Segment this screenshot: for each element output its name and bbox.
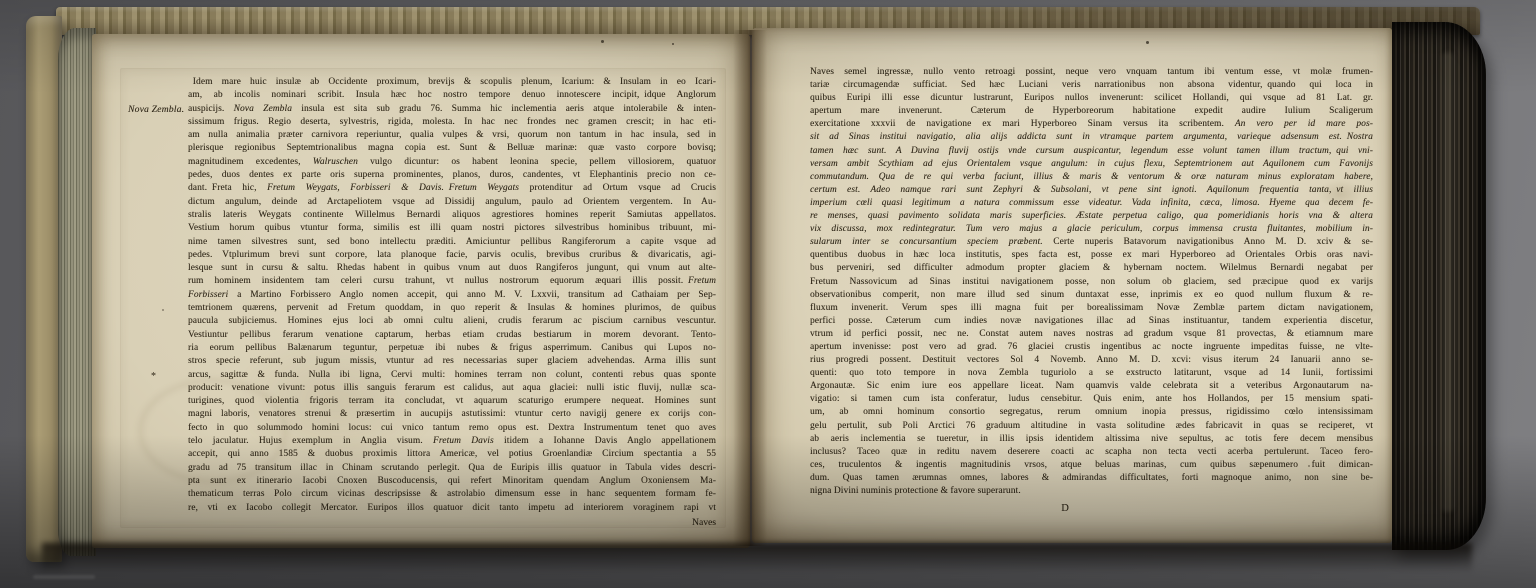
text-line: vix discussa, mox redintegratur. Tum ver… [810,223,1373,236]
text-line: lesque sunt in cursu & saltu. Rhedas hab… [188,262,716,275]
text-line: gelu pertulit, sub Poli Arctici 76 gradu… [810,420,1373,433]
margin-asterisk-mark: * [151,371,156,382]
text-line: telo jaculatur. Hujus exemplum in Anglia… [188,435,716,448]
text-line: am, ab incolis nominari scribit. Insula … [188,89,716,102]
text-line: pedes, duos dentes ex parte oris superna… [188,169,716,182]
book-bottom-shadow [42,543,1472,573]
text-line: accepit, qui anno 1585 & duobus proximis… [188,448,716,461]
text-line: quibus Euripi illi esse dicuntur lustrar… [810,92,1373,105]
text-line: tariæ circumagendæ sufficiat. Sed hæc Lu… [810,79,1373,92]
text-line: dum. Quas tamen ærumnas omnes, labores &… [810,472,1373,485]
catchword: Naves [188,517,716,528]
text-line: paucula subjiciemus. Homines ejus loci a… [188,315,716,328]
text-line: re menses, quasi pavimento solidata mari… [810,210,1373,223]
text-line: inclusus? Taceo quæ in reditu navem dese… [810,446,1373,459]
gutter-shadow [733,30,767,546]
text-line: ces, truculentos & ingentis magnitudinis… [810,459,1373,472]
text-line: um, ab omni hominum consortio segregatus… [810,406,1373,419]
text-line: am nulla animalia præter carnivora reper… [188,129,716,142]
text-line: imperium cœli quasi legitimum a natura c… [810,197,1373,210]
text-line: fecto in quo solummodo homini locus: cui… [188,422,716,435]
text-line: plerisque regionibus Septemtrionalibus m… [188,142,716,155]
text-line: gradu ad 75 transitum illac in Chinam sc… [188,462,716,475]
text-line: ab aeris inclementia se tueretur, in ill… [810,433,1373,446]
ink-speck [162,309,164,311]
text-line: re, vti ex Iacobo collegit Mercator. Eur… [188,502,716,515]
text-line: versam ambit Scythiam ad ejus Orientalem… [810,158,1373,171]
margin-note-nova-zembla: Nova Zembla. [128,104,184,115]
text-line: rius progredi possent. Destituit vectore… [810,354,1373,367]
text-line: certum est. Adeo namque rari sunt Zephyr… [810,184,1373,197]
text-line: tamen hæc sunt. A Duvina fluvij ostijs v… [810,145,1373,158]
text-line: pedes. Vtplurimum brevi sunt corpore, la… [188,249,716,262]
book-scan-photo: { "colors": { "background": "#6a6a6d", "… [0,0,1536,588]
left-page-lines: Idem mare huic insulæ ab Occidente proxi… [188,76,716,515]
text-line: sissimum frigus. Regio deserta, sylvestr… [188,116,716,129]
text-line: dant. Freta hic, Fretum Weygats, Forbiss… [188,182,716,195]
right-page-lines: Naves semel ingressæ, nullo vento retroa… [810,66,1373,498]
text-line: fluxum invenerit. Verum spes illi magna … [810,302,1373,315]
signature-mark: D [784,503,1347,514]
text-line: turigines, quod violentia frigoris terra… [188,395,716,408]
text-line: apertum invenisse: post vero ad grad. 76… [810,341,1373,354]
text-line: thematicum terras Polo circum vicinas de… [188,488,716,501]
text-line: arcus, sagittæ & funda. Nulla ibi ligna,… [188,369,716,382]
text-line: sit ad Sinas institui navigatio, alia al… [810,131,1373,144]
book-left-cover-edge [26,16,62,562]
text-line: stros specie referunt, sub jugum missis,… [188,355,716,368]
text-line: pta sunt ex itinerario Iacobi Cnoxen Bus… [188,475,716,488]
text-line: rum hominem insidentem tam celeri cursu … [188,275,716,288]
text-line: Naves semel ingressæ, nullo vento retroa… [810,66,1373,79]
text-line: magni laboris, venatores strenui & præse… [188,408,716,421]
text-line: quentibus duobus in hæc loca institutis,… [810,249,1373,262]
left-page-text-block: Idem mare huic insulæ ab Occidente proxi… [188,76,716,528]
ink-speck [672,43,674,45]
text-line: perfici posse. Cæterum cum indies novæ n… [810,315,1373,328]
text-line: Forbisseri a Martino Forbissero Anglo no… [188,289,716,302]
text-line: observationibus comperit, non mare illud… [810,289,1373,302]
text-line: stralis lateris Weygats continente Wille… [188,209,716,222]
text-line: auspicijs. Nova Zembla insula est sita s… [188,103,716,116]
text-line: sularum inter se concursantium speciem p… [810,236,1373,249]
text-line: Fretum Nassovicum ad Sinas institui navi… [810,276,1373,289]
text-line: Idem mare huic insulæ ab Occidente proxi… [188,76,716,89]
text-line: nigna Divini numinis protectione & favor… [810,485,1373,498]
right-page-text-block: Naves semel ingressæ, nullo vento retroa… [810,66,1373,514]
right-page-block-fore-edge [1392,22,1486,550]
text-line: exercitatione xxxvii de navigatione ex m… [810,118,1373,131]
text-line: quenti: quo toto tempore in nova Zembla … [810,367,1373,380]
text-line: commutandum. Qua de re qui verba faciunt… [810,171,1373,184]
photo-credit-smudge [33,575,95,579]
text-line: magnitudinem excedentes, Walruschen vulg… [188,156,716,169]
text-line: Vestium horum quibus vtuntur forma, simi… [188,222,716,235]
text-line: apertum mare invenerunt. Cæterum de Hype… [810,105,1373,118]
ink-speck [1146,41,1149,44]
text-line: bus perveniri, sed difficulter admodum p… [810,262,1373,275]
text-line: ria eorum pellibus Balænarum teguntur, p… [188,342,716,355]
text-line: Argonautæ. Sic enim iure eos appellare l… [810,380,1373,393]
text-line: Vestiuntur pellibus ferarum venatione ca… [188,329,716,342]
text-line: vtrum id perfici possit, nec ne. Constat… [810,328,1373,341]
text-line: vigatio: si tamen cum ista conferatur, l… [810,393,1373,406]
text-line: temtrionem quærens, pervenit ad Fretum q… [188,302,716,315]
text-line: dictum angulum, deinde ad Arctapeliotem … [188,196,716,209]
ink-speck [601,40,604,43]
text-line: producit: venatione vivunt: potus illis … [188,382,716,395]
left-page-stack-fore-edge [58,28,96,556]
text-line: nime tamen silvestres sunt, sed bono int… [188,236,716,249]
